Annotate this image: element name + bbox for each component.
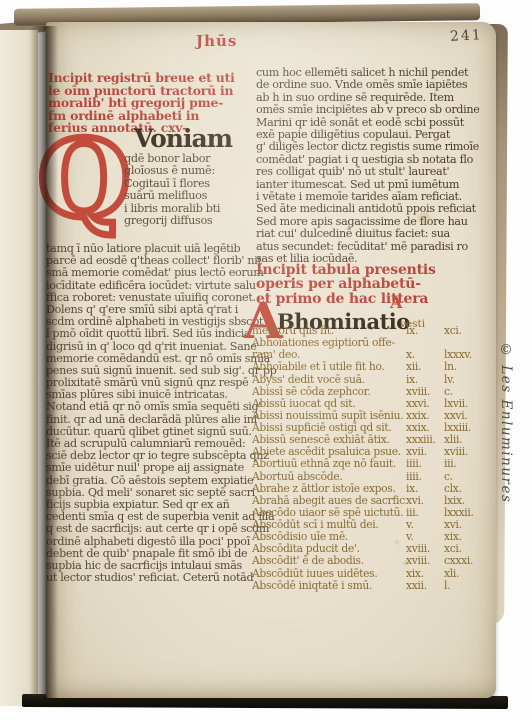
index-chapter-numeral: ix. [406,374,444,386]
index-entry-text: Abiete ascēdit psaluica psue. [252,446,406,458]
alphabet-corner-mark: A [390,293,402,312]
watermark-credit: © Les Enluminures [498,342,514,672]
index-entry-text: Abscōdē iniqtatē i smū. [252,580,406,592]
index-entry-row: Abortuū abscōde. iiii. c. [252,471,492,483]
index-chapter-numeral: ix. [406,483,444,495]
running-header-jhus: Jhūs [196,32,316,50]
alphabetical-index-table: mentorū qlis fit. ix. xci. Abhoīationes … [252,325,492,592]
index-entry-row: Abhoīabile et ī utile fit ho. xii. ln. [252,361,492,373]
headword-quoniam: Voniam [134,124,232,153]
index-entry-text: Abissi supficiē ostigī qd sit. [252,422,406,434]
index-entry-row: Abscōdē iniqtatē i smū. xxii. l. [252,580,492,592]
index-entry-text: Abscōdūt scī i multū dei. [252,519,406,531]
index-entry-text: mentorū qlis fit. [252,325,406,337]
index-entry-text: Abissi nouissimū supīt isēniu. [252,410,406,422]
index-entry-text: Abscōdiūt iuues uidētes. [252,568,406,580]
index-entry-text: Abyss' dedit vocē suā. [252,374,406,386]
index-folio-numeral: clx. [444,483,490,495]
index-folio-numeral: ln. [444,361,490,373]
index-folio-numeral: c. [444,471,490,483]
index-entry-row: Abscōdit' ē de abodis. xviii. cxxxi. [252,555,492,567]
index-entry-text: Abrahe z āttlor istoīe expos. [252,483,406,495]
index-folio-numeral: xli. [444,568,490,580]
index-entry-text: Abortiuū ethnā zqe nō fauit. [252,458,406,470]
index-entry-row: Abrahe z āttlor istoīe expos. ix. clx. [252,483,492,495]
index-entry-text: Abissū iuocat qd sit. [252,398,406,410]
index-chapter-numeral: xxii. [406,580,444,592]
index-folio-numeral: cxxxi. [444,555,490,567]
manuscript-page: 241 Jhūs Incipit registrū breue et utile… [46,22,496,698]
index-folio-numeral: c. [444,386,490,398]
index-chapter-numeral: iiii. [406,458,444,470]
left-column-body-text: tamq ī nūo latiore placuit uiā legētibpa… [46,243,254,584]
index-entry-text: Abissū senescē exhiāt ātix. [252,434,406,446]
index-entry-text: Abscōdo uiaor sē spē uictutū. [252,507,406,519]
index-folio-numeral: iii. [444,458,490,470]
right-column-body-text: cum hoc ellemēti salicet h nichil pendet… [256,67,458,266]
index-chapter-numeral: xii. [406,361,444,373]
index-entry-text: Abrahā abegit aues de sacrficio. [252,495,406,507]
index-chapter-numeral: xviii. [406,555,444,567]
index-folio-numeral: lv. [444,374,490,386]
folio-number: 241 [450,27,484,45]
book-photo: 241 Jhūs Incipit registrū breue et utile… [0,0,532,720]
index-entry-row: Abissī sē cōda zephcor. xviii. c. [252,386,492,398]
facing-page-edge [0,30,38,706]
index-entry-row: Abscōdiūt iuues uidētes. xix. xli. [252,568,492,580]
index-entry-text: Abhoīationes egiptiorū offe- [252,337,406,349]
index-entry-text: Abscōdit' ē de abodis. [252,555,406,567]
index-chapter-numeral: iiii. [406,471,444,483]
index-chapter-numeral: xix. [406,568,444,580]
index-entry-text: Abscōdita pducit de'. [252,543,406,555]
index-folio-numeral: l. [444,580,490,592]
index-entry-text: Abortuū abscōde. [252,471,406,483]
index-entry-row: Abyss' dedit vocē suā. ix. lv. [252,374,492,386]
index-entry-text: ram' deo. [252,349,406,361]
index-entry-row: mentorū qlis fit. ix. xci. [252,325,492,337]
index-chapter-numeral: ix. [406,325,444,337]
left-column-text-beside-initial: qdē bonor laborgloīosus ē numē:Cogitauī … [124,153,250,227]
index-chapter-numeral: xviii. [406,386,444,398]
index-entry-text: Abscōdisio uīe mē. [252,531,406,543]
index-entry-text: Abissī sē cōda zephcor. [252,386,406,398]
illuminated-initial-q: Q [38,128,130,230]
index-folio-numeral: xci. [444,325,490,337]
index-entry-text: Abhoīabile et ī utile fit ho. [252,361,406,373]
index-entry-row: Abiete ascēdit psaluica psue. xvii. xvii… [252,446,492,458]
index-entry-row: Abortiuū ethnā zqe nō fauit. iiii. iii. [252,458,492,470]
